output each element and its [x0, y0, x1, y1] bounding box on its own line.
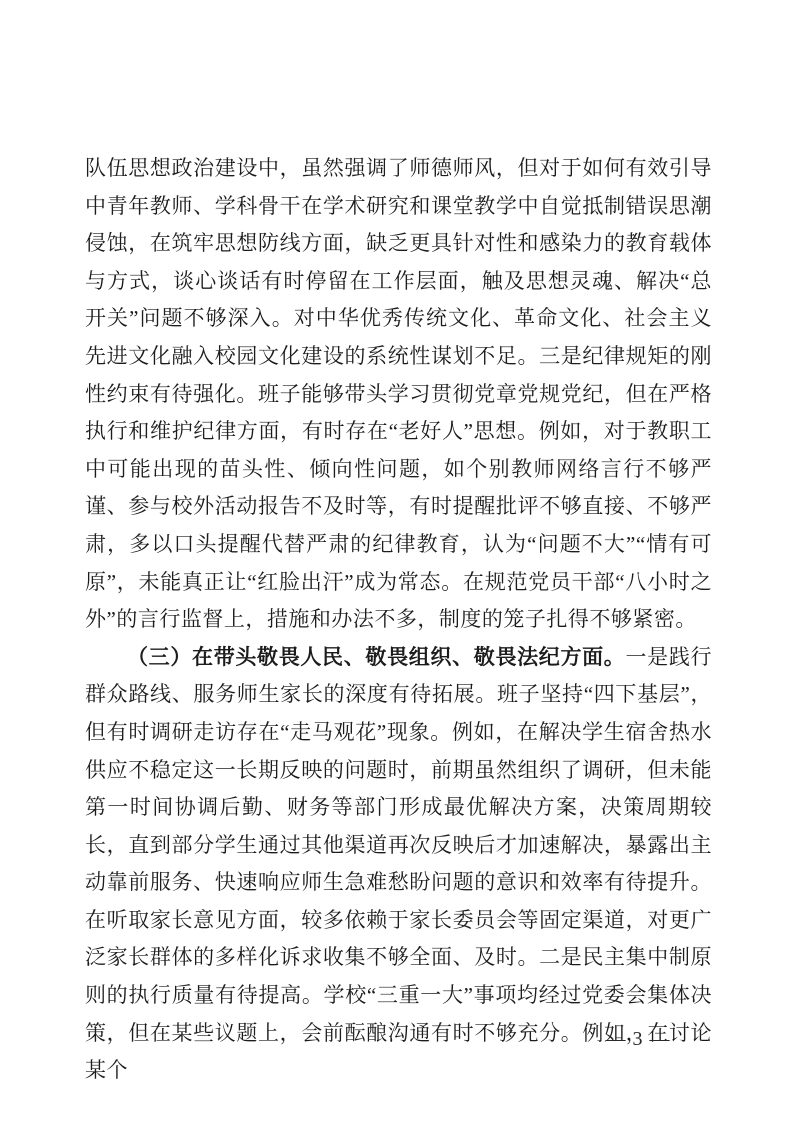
text-segment: 队伍思想政治建设中，虽然强调了师德师风，但对于如何有效引导中青年教师、学科骨干在… — [85, 156, 712, 368]
bold-heading-segment: （三）在带头敬畏人民、敬畏组织、敬畏法纪方面。 — [127, 645, 625, 669]
document-body: 队伍思想政治建设中，虽然强调了师德师风，但对于如何有效引导中青年教师、学科骨干在… — [85, 150, 712, 1090]
paragraph-section-three: （三）在带头敬畏人民、敬畏组织、敬畏法纪方面。一是践行群众路线、服务师生家长的深… — [85, 639, 712, 1090]
document-page: 队伍思想政治建设中，虽然强调了师德师风，但对于如何有效引导中青年教师、学科骨干在… — [0, 0, 793, 1122]
text-segment: 班子能够带头学习贯彻党章党规党纪，但在严格执行和维护纪律方面，有时存在“老好人”… — [85, 382, 712, 632]
paragraph-continuation: 队伍思想政治建设中，虽然强调了师德师风，但对于如何有效引导中青年教师、学科骨干在… — [85, 150, 712, 639]
text-segment: 班子坚持“四下基层”，但有时调研走访存在“走马观花”现象。例如，在解决学生宿舍热… — [85, 682, 712, 969]
page-number: — 3 — — [598, 1028, 678, 1051]
